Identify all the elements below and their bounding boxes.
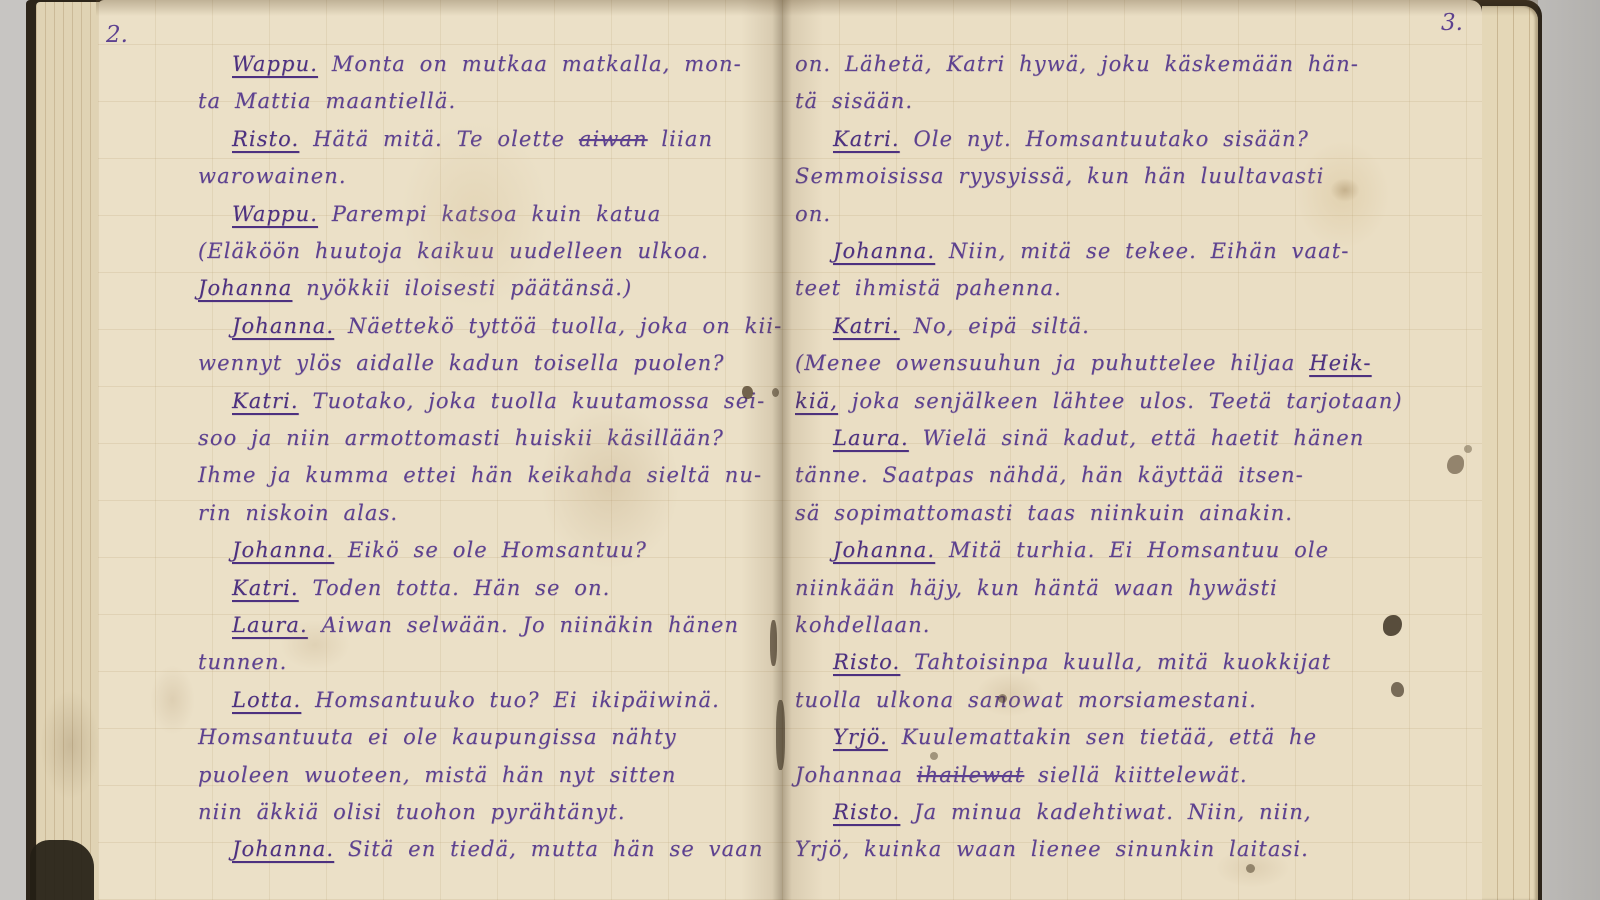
manuscript-line: Katri. Ole nyt. Homsantuutako sisään? xyxy=(833,127,1309,151)
manuscript-line: Johanna nyökkii iloisesti päätänsä.) xyxy=(198,276,632,300)
text-run: niin äkkiä olisi tuohon pyrähtänyt. xyxy=(198,800,626,824)
manuscript-line: Johanna. Eikö se ole Homsantuu? xyxy=(232,538,647,562)
text-run: Ja minua kadehtiwat. Niin, niin, xyxy=(900,800,1311,824)
speaker-name: Risto. xyxy=(232,127,299,151)
manuscript-line: Johanna. Sitä en tiedä, mutta hän se vaa… xyxy=(232,837,763,861)
text-run: siellä kiittelewät. xyxy=(1024,763,1247,787)
text-run: rin niskoin alas. xyxy=(198,501,398,525)
speaker-name: Katri. xyxy=(232,389,299,413)
left-page-text: Wappu. Monta on mutkaa matkalla, mon-ta … xyxy=(98,0,782,900)
text-run: tunnen. xyxy=(198,650,287,674)
text-run: Eikö se ole Homsantuu? xyxy=(334,538,647,562)
text-run: tä sisään. xyxy=(795,89,913,113)
manuscript-line: Johannaa ihailewat siellä kiittelewät. xyxy=(795,763,1248,787)
text-run: Ihme ja kumma ettei hän keikahda sieltä … xyxy=(198,463,762,487)
text-run: warowainen. xyxy=(198,164,347,188)
manuscript-line: kiä, joka senjälkeen lähtee ulos. Teetä … xyxy=(795,389,1403,413)
speaker-name: Wappu. xyxy=(232,52,318,76)
manuscript-line: Risto. Tahtoisinpa kuulla, mitä kuokkija… xyxy=(833,650,1331,674)
manuscript-line: rin niskoin alas. xyxy=(198,501,398,525)
manuscript-line: wennyt ylös aidalle kadun toisella puole… xyxy=(198,351,725,375)
speaker-name: Laura. xyxy=(833,426,909,450)
text-run: Toden totta. Hän se on. xyxy=(299,576,611,600)
speaker-name: Lotta. xyxy=(232,688,301,712)
text-run: liian xyxy=(648,127,713,151)
manuscript-line: Yrjö. Kuulemattakin sen tietää, että he xyxy=(833,725,1317,749)
manuscript-line: Yrjö, kuinka waan lienee sinunkin laitas… xyxy=(795,837,1309,861)
speaker-name: Johanna. xyxy=(833,239,935,263)
text-run: Semmoisissa ryysyissä, kun hän luultavas… xyxy=(795,164,1324,188)
manuscript-line: tä sisään. xyxy=(795,89,913,113)
speaker-name: kiä, xyxy=(795,389,838,413)
text-run: on. Lähetä, Katri hywä, joku käskemään h… xyxy=(795,52,1359,76)
text-run: nyökkii iloisesti päätänsä.) xyxy=(292,276,632,300)
manuscript-line: on. xyxy=(795,202,831,226)
text-run: Ole nyt. Homsantuutako sisään? xyxy=(900,127,1309,151)
text-run: (Menee owensuuhun ja puhuttelee hiljaa xyxy=(795,351,1309,375)
manuscript-line: Wappu. Monta on mutkaa matkalla, mon- xyxy=(232,52,742,76)
manuscript-line: soo ja niin armottomasti huiskii käsillä… xyxy=(198,426,724,450)
speaker-name: Johanna xyxy=(198,276,292,300)
manuscript-line: kohdellaan. xyxy=(795,613,931,637)
struck-word: aiwan xyxy=(579,127,648,151)
text-run: Wielä sinä kadut, että haetit hänen xyxy=(909,426,1365,450)
manuscript-line: Homsantuuta ei ole kaupungissa nähty xyxy=(198,725,677,749)
text-run: Parempi katsoa kuin katua xyxy=(318,202,661,226)
manuscript-line: Ihme ja kumma ettei hän keikahda sieltä … xyxy=(198,463,762,487)
manuscript-line: Johanna. Näettekö tyttöä tuolla, joka on… xyxy=(232,314,782,338)
text-run: tänne. Saatpas nähdä, hän käyttää itsen- xyxy=(795,463,1304,487)
manuscript-line: (Eläköön huutoja kaikuu uudelleen ulkoa. xyxy=(198,239,709,263)
text-run: niinkään häjy, kun häntä waan hywästi xyxy=(795,576,1278,600)
text-run: No, eipä siltä. xyxy=(900,314,1090,338)
speaker-name: Heik- xyxy=(1309,351,1371,375)
text-run: sä sopimattomasti taas niinkuin ainakin. xyxy=(795,501,1293,525)
manuscript-line: Laura. Aiwan selwään. Jo niinäkin hänen xyxy=(232,613,739,637)
speaker-name: Johanna. xyxy=(232,837,334,861)
manuscript-line: Risto. Ja minua kadehtiwat. Niin, niin, xyxy=(833,800,1312,824)
text-run: Johannaa xyxy=(795,763,917,787)
right-page-text: on. Lähetä, Katri hywä, joku käskemään h… xyxy=(782,0,1482,900)
text-run: Monta on mutkaa matkalla, mon- xyxy=(318,52,742,76)
manuscript-line: ta Mattia maantiellä. xyxy=(198,89,456,113)
text-run: Tahtoisinpa kuulla, mitä kuokkijat xyxy=(900,650,1331,674)
manuscript-line: sä sopimattomasti taas niinkuin ainakin. xyxy=(795,501,1293,525)
manuscript-line: Risto. Hätä mitä. Te olette aiwan liian xyxy=(232,127,713,151)
text-run: kohdellaan. xyxy=(795,613,931,637)
text-run: Niin, mitä se tekee. Eihän vaat- xyxy=(935,239,1349,263)
text-run: soo ja niin armottomasti huiskii käsillä… xyxy=(198,426,724,450)
page-stack-edge-right xyxy=(1482,6,1538,900)
manuscript-line: puoleen wuoteen, mistä hän nyt sitten xyxy=(198,763,677,787)
manuscript-line: warowainen. xyxy=(198,164,347,188)
text-run: on. xyxy=(795,202,831,226)
text-run: ta Mattia maantiellä. xyxy=(198,89,456,113)
text-run: wennyt ylös aidalle kadun toisella puole… xyxy=(198,351,725,375)
text-run: Kuulemattakin sen tietää, että he xyxy=(888,725,1317,749)
manuscript-line: Semmoisissa ryysyissä, kun hän luultavas… xyxy=(795,164,1324,188)
speaker-name: Katri. xyxy=(833,314,900,338)
manuscript-line: (Menee owensuuhun ja puhuttelee hiljaa H… xyxy=(795,351,1372,375)
text-run: puoleen wuoteen, mistä hän nyt sitten xyxy=(198,763,677,787)
manuscript-line: Laura. Wielä sinä kadut, että haetit hän… xyxy=(833,426,1364,450)
manuscript-line: Johanna. Mitä turhia. Ei Homsantuu ole xyxy=(833,538,1329,562)
text-run: teet ihmistä pahenna. xyxy=(795,276,1062,300)
text-run: joka senjälkeen lähtee ulos. Teetä tarjo… xyxy=(838,389,1403,413)
manuscript-line: teet ihmistä pahenna. xyxy=(795,276,1062,300)
speaker-name: Yrjö. xyxy=(833,725,888,749)
text-run: Näettekö tyttöä tuolla, joka on kii- xyxy=(334,314,782,338)
left-page: 2. Wappu. Monta on mutkaa matkalla, mon-… xyxy=(98,0,782,900)
manuscript-line: tunnen. xyxy=(198,650,287,674)
right-page: 3. on. Lähetä, Katri hywä, joku käskemää… xyxy=(782,0,1482,900)
text-run: (Eläköön huutoja kaikuu uudelleen ulkoa. xyxy=(198,239,709,263)
manuscript-line: Katri. Tuotako, joka tuolla kuutamossa s… xyxy=(232,389,765,413)
text-run: Sitä en tiedä, mutta hän se vaan xyxy=(334,837,763,861)
text-run: Homsantuuko tuo? Ei ikipäiwinä. xyxy=(301,688,720,712)
manuscript-line: niin äkkiä olisi tuohon pyrähtänyt. xyxy=(198,800,626,824)
manuscript-line: on. Lähetä, Katri hywä, joku käskemään h… xyxy=(795,52,1359,76)
text-run: tuolla ulkona sanowat morsiamestani. xyxy=(795,688,1257,712)
speaker-name: Risto. xyxy=(833,650,900,674)
manuscript-line: Katri. Toden totta. Hän se on. xyxy=(232,576,610,600)
speaker-name: Johanna. xyxy=(232,538,334,562)
text-run: Homsantuuta ei ole kaupungissa nähty xyxy=(198,725,677,749)
photographed-notebook: { "document_type": "handwritten manuscri… xyxy=(0,0,1600,900)
speaker-name: Johanna. xyxy=(232,314,334,338)
text-run: Mitä turhia. Ei Homsantuu ole xyxy=(935,538,1329,562)
speaker-name: Katri. xyxy=(232,576,299,600)
manuscript-line: Lotta. Homsantuuko tuo? Ei ikipäiwinä. xyxy=(232,688,720,712)
speaker-name: Risto. xyxy=(833,800,900,824)
speaker-name: Katri. xyxy=(833,127,900,151)
speaker-name: Johanna. xyxy=(833,538,935,562)
manuscript-line: niinkään häjy, kun häntä waan hywästi xyxy=(795,576,1278,600)
manuscript-line: Johanna. Niin, mitä se tekee. Eihän vaat… xyxy=(833,239,1350,263)
text-run: Aiwan selwään. Jo niinäkin hänen xyxy=(308,613,739,637)
struck-word: ihailewat xyxy=(917,763,1024,787)
manuscript-line: tuolla ulkona sanowat morsiamestani. xyxy=(795,688,1257,712)
page-stack-edge-left xyxy=(36,2,102,900)
speaker-name: Wappu. xyxy=(232,202,318,226)
manuscript-line: Katri. No, eipä siltä. xyxy=(833,314,1090,338)
manuscript-line: tänne. Saatpas nähdä, hän käyttää itsen- xyxy=(795,463,1304,487)
manuscript-line: Wappu. Parempi katsoa kuin katua xyxy=(232,202,661,226)
speaker-name: Laura. xyxy=(232,613,308,637)
text-run: Tuotako, joka tuolla kuutamossa sei- xyxy=(299,389,766,413)
text-run: Yrjö, kuinka waan lienee sinunkin laitas… xyxy=(795,837,1309,861)
text-run: Hätä mitä. Te olette xyxy=(299,127,579,151)
